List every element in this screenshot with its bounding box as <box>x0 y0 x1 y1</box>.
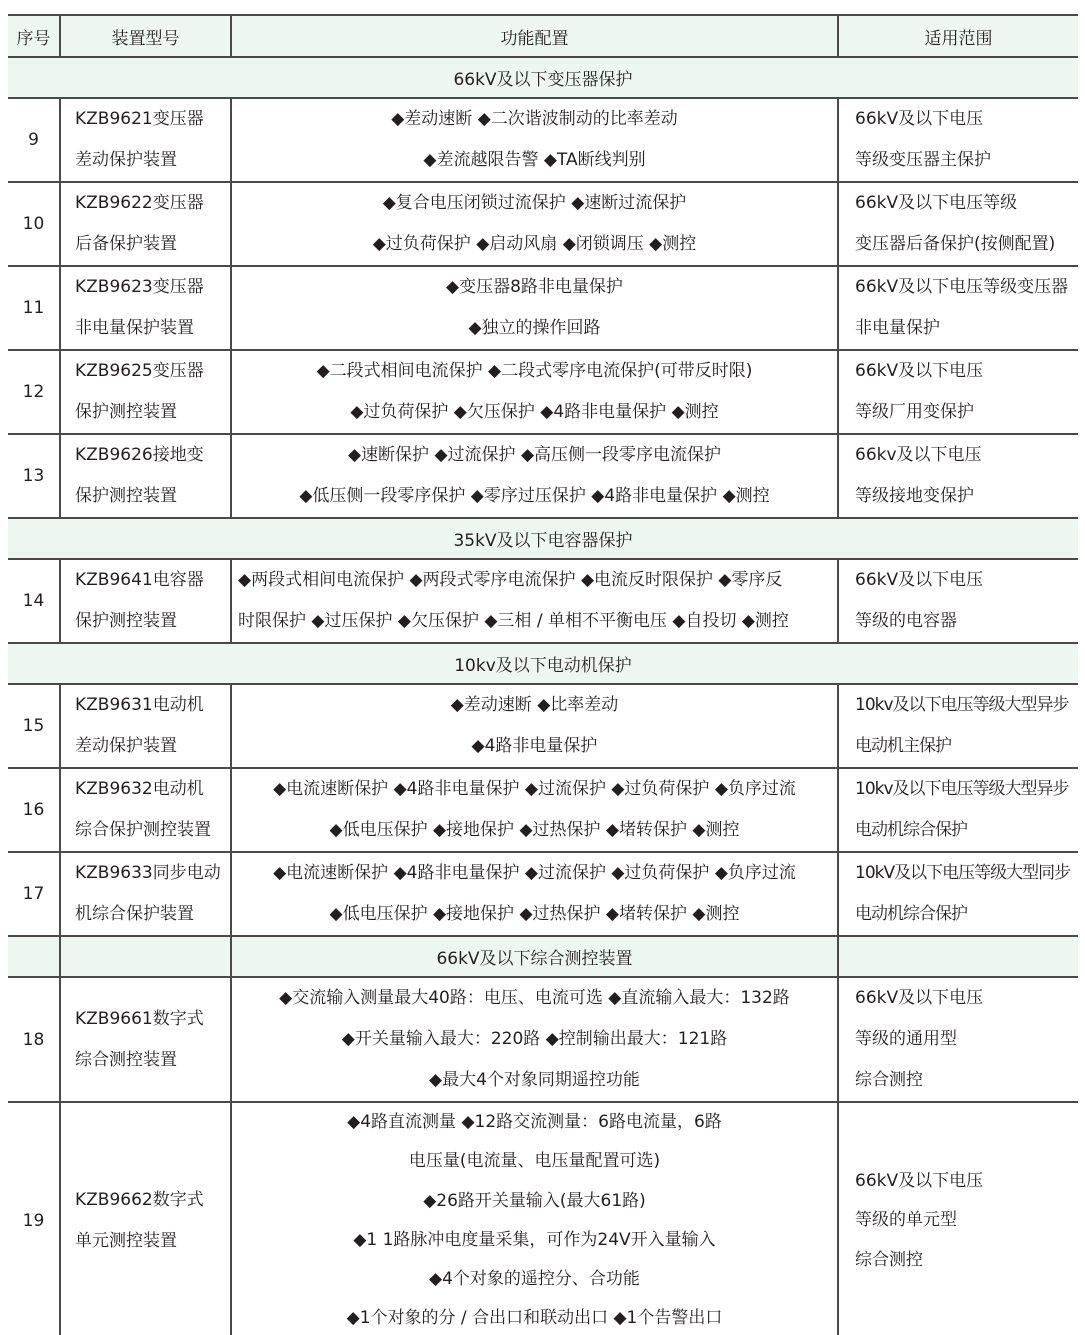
header-model: 装置型号 <box>60 15 231 57</box>
function-config: ◆二段式相间电流保护 ◆二段式零序电流保护(可带反时限) ◆过负荷保护 ◆欠压保… <box>231 350 838 434</box>
device-model: KZB9621变压器 差动保护装置 <box>60 98 231 182</box>
function-line: ◆1 1路脉冲电度量采集，可作为24V开入量输入 <box>232 1221 837 1260</box>
function-line: ◆低压侧一段零序保护 ◆零序过压保护 ◆4路非电量保护 ◆测控 <box>232 476 837 517</box>
table-row: 10 KZB9622变压器 后备保护装置 ◆复合电压闭锁过流保护 ◆速断过流保护… <box>8 182 1078 266</box>
function-config: ◆速断保护 ◆过流保护 ◆高压侧一段零序电流保护 ◆低压侧一段零序保护 ◆零序过… <box>231 434 838 518</box>
application-scope: 10kV及以下电压等级大型同步 电动机综合保护 <box>838 852 1078 936</box>
application-scope: 10kv及以下电压等级大型异步 电动机主保护 <box>838 684 1078 768</box>
group-empty-cell <box>838 936 1078 977</box>
model-line: KZB9622变压器 <box>75 183 230 224</box>
function-config: ◆电流速断保护 ◆4路非电量保护 ◆过流保护 ◆过负荷保护 ◆负序过流 ◆低电压… <box>231 768 838 852</box>
table-row: 19 KZB9662数字式 单元测控装置 ◆4路直流测量 ◆12路交流测量：6路… <box>8 1102 1078 1335</box>
application-scope: 10kv及以下电压等级大型异步 电动机综合保护 <box>838 768 1078 852</box>
row-number: 14 <box>8 559 60 643</box>
row-number: 13 <box>8 434 60 518</box>
scope-line: 电动机综合保护 <box>855 894 1078 935</box>
function-line: ◆电流速断保护 ◆4路非电量保护 ◆过流保护 ◆过负荷保护 ◆负序过流 <box>232 769 837 810</box>
function-line: ◆变压器8路非电量保护 <box>232 267 837 308</box>
model-line: KZB9633同步电动 <box>75 853 230 894</box>
function-config: ◆差动速断 ◆比率差动 ◆4路非电量保护 <box>231 684 838 768</box>
function-config: ◆交流输入测量最大40路：电压、电流可选 ◆直流输入最大：132路 ◆开关量输入… <box>231 977 838 1102</box>
group-header-row: 66kV及以下综合测控装置 <box>8 936 1078 977</box>
function-line: ◆过负荷保护 ◆启动风扇 ◆闭锁调压 ◆测控 <box>232 224 837 265</box>
row-number: 19 <box>8 1102 60 1335</box>
scope-line: 非电量保护 <box>855 308 1078 349</box>
scope-line: 10kv及以下电压等级大型异步 <box>855 769 1078 810</box>
function-line: ◆26路开关量输入(最大61路) <box>232 1182 837 1221</box>
application-scope: 66kV及以下电压 等级的单元型 综合测控 <box>838 1102 1078 1335</box>
group-empty-cell <box>60 936 231 977</box>
function-line: ◆复合电压闭锁过流保护 ◆速断过流保护 <box>232 183 837 224</box>
function-line: ◆低电压保护 ◆接地保护 ◆过热保护 ◆堵转保护 ◆测控 <box>232 810 837 851</box>
application-scope: 66kV及以下电压 等级厂用变保护 <box>838 350 1078 434</box>
function-line: ◆低电压保护 ◆接地保护 ◆过热保护 ◆堵转保护 ◆测控 <box>232 894 837 935</box>
scope-line: 66kv及以下电压 <box>855 435 1078 476</box>
row-number: 11 <box>8 266 60 350</box>
function-config: ◆复合电压闭锁过流保护 ◆速断过流保护 ◆过负荷保护 ◆启动风扇 ◆闭锁调压 ◆… <box>231 182 838 266</box>
function-line: ◆最大4个对象同期遥控功能 <box>232 1060 837 1101</box>
table-row: 17 KZB9633同步电动 机综合保护装置 ◆电流速断保护 ◆4路非电量保护 … <box>8 852 1078 936</box>
scope-line: 10kv及以下电压等级大型异步 <box>855 685 1078 726</box>
scope-line: 等级的通用型 <box>855 1019 1078 1060</box>
function-line: 时限保护 ◆过压保护 ◆欠压保护 ◆三相 / 单相不平衡电压 ◆自投切 ◆测控 <box>238 601 837 642</box>
function-line: ◆1个对象的分 / 合出口和联动出口 ◆1个告警出口 <box>232 1299 837 1335</box>
device-spec-table: 序号 装置型号 功能配置 适用范围 66kV及以下变压器保护 9 KZB9621… <box>8 14 1078 1335</box>
row-number: 9 <box>8 98 60 182</box>
model-line: 保护测控装置 <box>75 392 230 433</box>
function-line: ◆差流越限告警 ◆TA断线判别 <box>232 140 837 181</box>
device-model: KZB9625变压器 保护测控装置 <box>60 350 231 434</box>
header-scope: 适用范围 <box>838 15 1078 57</box>
row-number: 10 <box>8 182 60 266</box>
device-model: KZB9626接地变 保护测控装置 <box>60 434 231 518</box>
row-number: 18 <box>8 977 60 1102</box>
scope-line: 66kV及以下电压等级 <box>855 183 1078 224</box>
model-line: 非电量保护装置 <box>75 308 230 349</box>
scope-line: 66kV及以下电压等级变压器 <box>855 267 1078 308</box>
model-line: KZB9661数字式 <box>75 999 230 1040</box>
group-header-row: 10kv及以下电动机保护 <box>8 643 1078 684</box>
scope-line: 等级厂用变保护 <box>855 392 1078 433</box>
group-empty-cell <box>8 936 60 977</box>
function-line: ◆4路直流测量 ◆12路交流测量：6路电流量，6路 <box>232 1103 837 1142</box>
row-number: 15 <box>8 684 60 768</box>
function-line: 电压量(电流量、电压量配置可选) <box>232 1142 837 1181</box>
group-title: 35kV及以下电容器保护 <box>8 518 1078 559</box>
scope-line: 等级变压器主保护 <box>855 140 1078 181</box>
model-line: 单元测控装置 <box>75 1221 230 1262</box>
scope-line: 66kV及以下电压 <box>855 1162 1078 1201</box>
function-line: ◆差动速断 ◆二次谐波制动的比率差动 <box>232 99 837 140</box>
table-row: 12 KZB9625变压器 保护测控装置 ◆二段式相间电流保护 ◆二段式零序电流… <box>8 350 1078 434</box>
scope-line: 66kV及以下电压 <box>855 99 1078 140</box>
table-header-row: 序号 装置型号 功能配置 适用范围 <box>8 15 1078 57</box>
model-line: KZB9625变压器 <box>75 351 230 392</box>
group-title: 66kV及以下综合测控装置 <box>231 936 838 977</box>
table-row: 13 KZB9626接地变 保护测控装置 ◆速断保护 ◆过流保护 ◆高压侧一段零… <box>8 434 1078 518</box>
model-line: KZB9623变压器 <box>75 267 230 308</box>
scope-line: 10kV及以下电压等级大型同步 <box>855 853 1078 894</box>
application-scope: 66kv及以下电压 等级接地变保护 <box>838 434 1078 518</box>
model-line: KZB9626接地变 <box>75 435 230 476</box>
model-line: KZB9632电动机 <box>75 769 230 810</box>
function-line: ◆电流速断保护 ◆4路非电量保护 ◆过流保护 ◆过负荷保护 ◆负序过流 <box>232 853 837 894</box>
header-no: 序号 <box>8 15 60 57</box>
group-title: 66kV及以下变压器保护 <box>8 57 1078 98</box>
device-model: KZB9631电动机 差动保护装置 <box>60 684 231 768</box>
function-config: ◆电流速断保护 ◆4路非电量保护 ◆过流保护 ◆过负荷保护 ◆负序过流 ◆低电压… <box>231 852 838 936</box>
model-line: 综合保护测控装置 <box>75 810 230 851</box>
model-line: 差动保护装置 <box>75 726 230 767</box>
function-line: ◆两段式相间电流保护 ◆两段式零序电流保护 ◆电流反时限保护 ◆零序反 <box>238 560 837 601</box>
model-line: KZB9631电动机 <box>75 685 230 726</box>
function-line: ◆二段式相间电流保护 ◆二段式零序电流保护(可带反时限) <box>232 351 837 392</box>
function-line: ◆速断保护 ◆过流保护 ◆高压侧一段零序电流保护 <box>232 435 837 476</box>
application-scope: 66kV及以下电压 等级变压器主保护 <box>838 98 1078 182</box>
row-number: 17 <box>8 852 60 936</box>
scope-line: 等级的单元型 <box>855 1201 1078 1240</box>
application-scope: 66kV及以下电压等级 变压器后备保护(按侧配置) <box>838 182 1078 266</box>
scope-line: 综合测控 <box>855 1060 1078 1101</box>
device-model: KZB9641电容器 保护测控装置 <box>60 559 231 643</box>
scope-line: 66kV及以下电压 <box>855 560 1078 601</box>
function-config: ◆两段式相间电流保护 ◆两段式零序电流保护 ◆电流反时限保护 ◆零序反 时限保护… <box>231 559 838 643</box>
function-config: ◆变压器8路非电量保护 ◆独立的操作回路 <box>231 266 838 350</box>
function-line: ◆开关量输入最大：220路 ◆控制输出最大：121路 <box>232 1019 837 1060</box>
model-line: 保护测控装置 <box>75 601 230 642</box>
scope-line: 综合测控 <box>855 1241 1078 1280</box>
function-line: ◆独立的操作回路 <box>232 308 837 349</box>
function-config: ◆差动速断 ◆二次谐波制动的比率差动 ◆差流越限告警 ◆TA断线判别 <box>231 98 838 182</box>
application-scope: 66kV及以下电压 等级的通用型 综合测控 <box>838 977 1078 1102</box>
scope-line: 变压器后备保护(按侧配置) <box>855 224 1078 265</box>
function-line: ◆过负荷保护 ◆欠压保护 ◆4路非电量保护 ◆测控 <box>232 392 837 433</box>
scope-line: 电动机主保护 <box>855 726 1078 767</box>
scope-line: 66kV及以下电压 <box>855 978 1078 1019</box>
device-model: KZB9633同步电动 机综合保护装置 <box>60 852 231 936</box>
table-row: 16 KZB9632电动机 综合保护测控装置 ◆电流速断保护 ◆4路非电量保护 … <box>8 768 1078 852</box>
device-model: KZB9632电动机 综合保护测控装置 <box>60 768 231 852</box>
group-header-row: 35kV及以下电容器保护 <box>8 518 1078 559</box>
function-line: ◆4个对象的遥控分、合功能 <box>232 1260 837 1299</box>
function-line: ◆交流输入测量最大40路：电压、电流可选 ◆直流输入最大：132路 <box>232 978 837 1019</box>
header-functions: 功能配置 <box>231 15 838 57</box>
table-row: 18 KZB9661数字式 综合测控装置 ◆交流输入测量最大40路：电压、电流可… <box>8 977 1078 1102</box>
model-line: KZB9662数字式 <box>75 1180 230 1221</box>
table-row: 11 KZB9623变压器 非电量保护装置 ◆变压器8路非电量保护 ◆独立的操作… <box>8 266 1078 350</box>
device-model: KZB9662数字式 单元测控装置 <box>60 1102 231 1335</box>
model-line: 综合测控装置 <box>75 1040 230 1081</box>
table-row: 15 KZB9631电动机 差动保护装置 ◆差动速断 ◆比率差动 ◆4路非电量保… <box>8 684 1078 768</box>
model-line: 保护测控装置 <box>75 476 230 517</box>
scope-line: 等级的电容器 <box>855 601 1078 642</box>
device-model: KZB9661数字式 综合测控装置 <box>60 977 231 1102</box>
application-scope: 66kV及以下电压等级变压器 非电量保护 <box>838 266 1078 350</box>
function-line: ◆差动速断 ◆比率差动 <box>232 685 837 726</box>
device-model: KZB9622变压器 后备保护装置 <box>60 182 231 266</box>
model-line: KZB9621变压器 <box>75 99 230 140</box>
application-scope: 66kV及以下电压 等级的电容器 <box>838 559 1078 643</box>
model-line: 差动保护装置 <box>75 140 230 181</box>
model-line: 后备保护装置 <box>75 224 230 265</box>
device-model: KZB9623变压器 非电量保护装置 <box>60 266 231 350</box>
group-header-row: 66kV及以下变压器保护 <box>8 57 1078 98</box>
model-line: KZB9641电容器 <box>75 560 230 601</box>
scope-line: 66kV及以下电压 <box>855 351 1078 392</box>
model-line: 机综合保护装置 <box>75 894 230 935</box>
row-number: 12 <box>8 350 60 434</box>
table-row: 9 KZB9621变压器 差动保护装置 ◆差动速断 ◆二次谐波制动的比率差动 ◆… <box>8 98 1078 182</box>
function-line: ◆4路非电量保护 <box>232 726 837 767</box>
group-title: 10kv及以下电动机保护 <box>8 643 1078 684</box>
row-number: 16 <box>8 768 60 852</box>
scope-line: 电动机综合保护 <box>855 810 1078 851</box>
table-row: 14 KZB9641电容器 保护测控装置 ◆两段式相间电流保护 ◆两段式零序电流… <box>8 559 1078 643</box>
scope-line: 等级接地变保护 <box>855 476 1078 517</box>
function-config: ◆4路直流测量 ◆12路交流测量：6路电流量，6路 电压量(电流量、电压量配置可… <box>231 1102 838 1335</box>
